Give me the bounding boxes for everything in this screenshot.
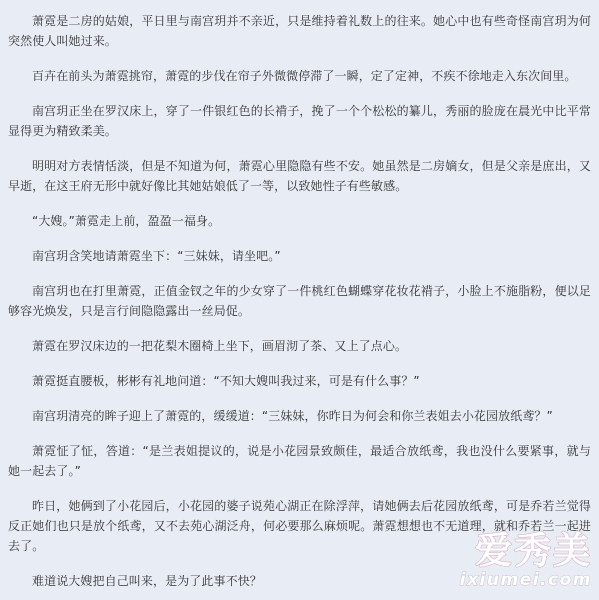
paragraph: 南宫玥清亮的眸子迎上了萧霓的，缓缓道：“三妹妹，你昨日为何会和你兰表姐去小花园放… — [8, 406, 591, 426]
paragraph: 萧霓挺直腰板，彬彬有礼地问道：“不知大嫂叫我过来，可是有什么事？” — [8, 371, 591, 391]
paragraph: 南宫玥也在打里萧霓，正值金钗之年的少女穿了一件桃红色蝴蝶穿花妆花褙子，小脸上不施… — [8, 281, 591, 321]
paragraph: 明明对方表情恬淡，但是不知道为何，萧霓心里隐隐有些不安。她虽然是二房嫡女，但是父… — [8, 156, 591, 196]
paragraph: 萧霓是二房的姑娘，平日里与南宫玥并不亲近，只是维持着礼数上的往来。她心中也有些奇… — [8, 11, 591, 51]
paragraph: 萧霓在罗汉床边的一把花梨木圈椅上坐下，画眉沏了茶、又上了点心。 — [8, 336, 591, 356]
paragraph: 南宫玥含笑地请萧霓坐下：“三妹妹，请坐吧。” — [8, 246, 591, 266]
article-body: 萧霓是二房的姑娘，平日里与南宫玥并不亲近，只是维持着礼数上的往来。她心中也有些奇… — [0, 0, 599, 591]
paragraph: 萧霓怔了怔，答道：“是兰表姐提议的，说是小花园景致颇佳，最适合放纸鸢，我也没什么… — [8, 441, 591, 481]
paragraph: “大嫂。”萧霓走上前，盈盈一福身。 — [8, 211, 591, 231]
paragraph: 百卉在前头为萧霓挑帘，萧霓的步伐在帘子外微微停滞了一瞬，定了定神，不疾不徐地走入… — [8, 66, 591, 86]
paragraph: 难道说大嫂把自己叫来，是为了此事不快？ — [8, 571, 591, 591]
paragraph: 南宫玥正坐在罗汉床上，穿了一件银红色的长褙子，挽了一个个松松的纂儿，秀丽的脸庞在… — [8, 101, 591, 141]
paragraph: 昨日，她俩到了小花园后，小花园的婆子说苑心湖正在除浮萍，请她俩去后花园放纸鸢，可… — [8, 496, 591, 556]
